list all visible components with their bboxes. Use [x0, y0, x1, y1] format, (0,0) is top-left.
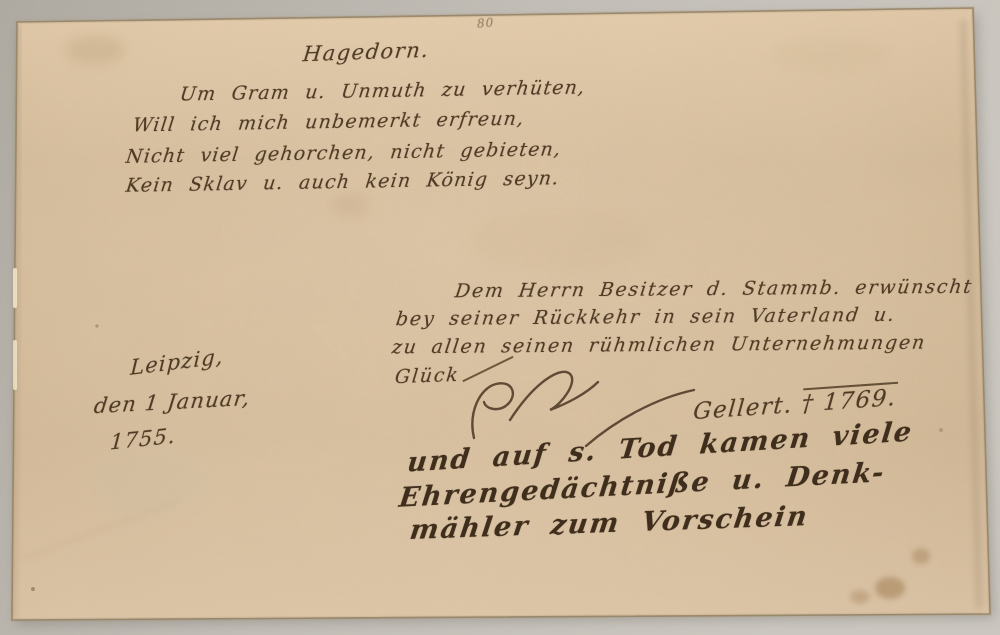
poem-line-2: Will ich mich unbemerkt erfreun,	[132, 108, 526, 137]
dedication-line-2: bey seiner Rückkehr in sein Vaterland u.	[395, 304, 898, 330]
dateline-year: 1755.	[109, 423, 176, 454]
poem-line-1: Um Gram u. Unmuth zu verhüten,	[179, 76, 587, 105]
dateline-day: den 1 Januar,	[93, 386, 252, 418]
dateline-place: Leipzig,	[130, 344, 225, 380]
poem-line-4: Kein Sklav u. auch kein König seyn.	[125, 167, 561, 197]
handwriting-layer: 80 Hagedorn. Um Gram u. Unmuth zu verhüt…	[0, 0, 1000, 635]
signature-death-year: † 1769.	[801, 382, 898, 418]
pencil-mark: 80	[477, 15, 495, 30]
poem-line-3: Nicht viel gehorchen, nicht gebieten,	[125, 138, 563, 168]
heading-author-name: Hagedorn.	[302, 38, 431, 67]
dedication-line-3: zu allen seinen rühmlichen Unternehmunge…	[391, 332, 928, 359]
signature-name: Gellert.	[692, 392, 794, 425]
dedication-line-1: Dem Herrn Besitzer d. Stammb. erwünscht	[454, 276, 975, 303]
manuscript-photo: 80 Hagedorn. Um Gram u. Unmuth zu verhüt…	[0, 0, 1000, 635]
dedication-line-4: Glück	[394, 364, 461, 388]
